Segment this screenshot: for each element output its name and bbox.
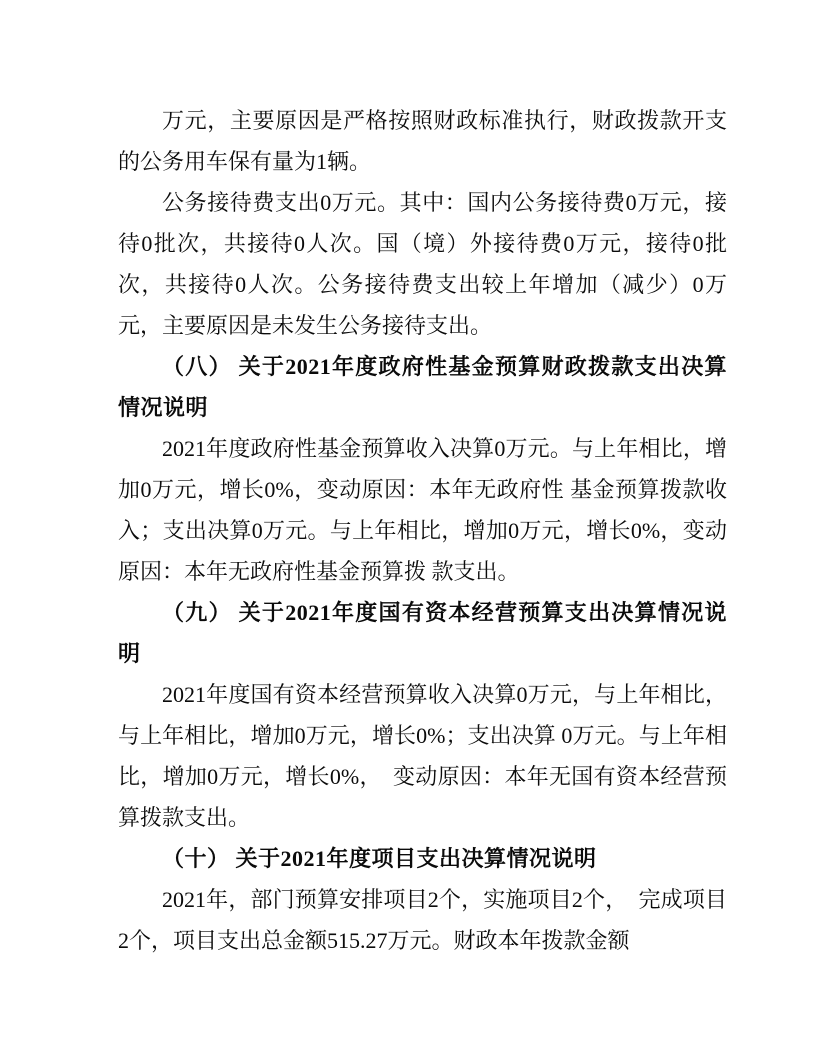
document-body: 万元，主要原因是严格按照财政标准执行，财政拨款开支的公务用车保有量为1辆。 公务… — [118, 100, 727, 961]
paragraph-project-expenditure-detail: 2021年，部门预算安排项目2个，实施项目2个， 完成项目2个，项目支出总金额5… — [118, 879, 727, 961]
document-page: 万元，主要原因是严格按照财政标准执行，财政拨款开支的公务用车保有量为1辆。 公务… — [0, 0, 816, 1056]
heading-section-10-project-expenditure: （十） 关于2021年度项目支出决算情况说明 — [118, 838, 727, 879]
paragraph-state-capital-budget-detail: 2021年度国有资本经营预算收入决算0万元，与上年相比，与上年相比，增加0万元，… — [118, 674, 727, 838]
paragraph-government-fund-budget-detail: 2021年度政府性基金预算收入决算0万元。与上年相比，增加0万元，增长0%，变动… — [118, 428, 727, 592]
heading-section-9-state-capital-budget: （九） 关于2021年度国有资本经营预算支出决算情况说明 — [118, 592, 727, 674]
paragraph-official-vehicle-cost: 万元，主要原因是严格按照财政标准执行，财政拨款开支的公务用车保有量为1辆。 — [118, 100, 727, 182]
paragraph-official-reception-expense: 公务接待费支出0万元。其中：国内公务接待费0万元，接待0批次，共接待0人次。国（… — [118, 182, 727, 346]
heading-section-8-government-fund-budget: （八） 关于2021年度政府性基金预算财政拨款支出决算情况说明 — [118, 346, 727, 428]
